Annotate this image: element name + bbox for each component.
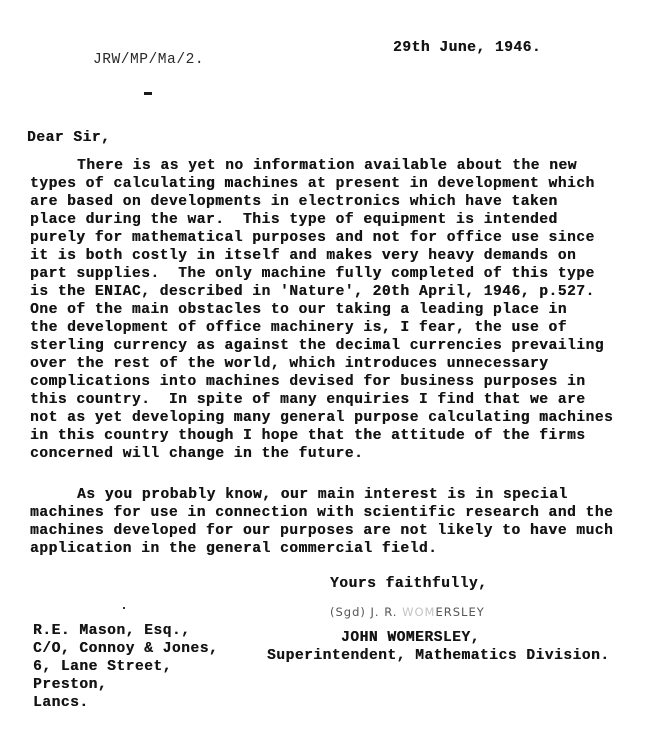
address-line: Preston,	[33, 676, 218, 694]
paragraph-line: purely for mathematical purposes and not…	[30, 229, 613, 247]
paragraph-line: concerned will change in the future.	[30, 445, 613, 463]
letter-date: 29th June, 1946.	[393, 39, 541, 57]
address-line: Lancs.	[33, 694, 218, 712]
paragraph-line: the development of office machinery is, …	[30, 319, 613, 337]
paragraph-line: application in the general commercial fi…	[30, 540, 613, 558]
letter-page: JRW/MP/Ma/2. 29th June, 1946. Dear Sir, …	[0, 0, 650, 744]
body-paragraph-2: As you probably know, our main interest …	[30, 486, 613, 558]
paragraph-line: it is both costly in itself and makes ve…	[30, 247, 613, 265]
recipient-address: R.E. Mason, Esq.,C/O, Connoy & Jones,6, …	[33, 622, 218, 712]
address-line: 6, Lane Street,	[33, 658, 218, 676]
ink-speck	[123, 607, 125, 609]
paragraph-line: sterling currency as against the decimal…	[30, 337, 613, 355]
paragraph-line: not as yet developing many general purpo…	[30, 409, 613, 427]
signature-stamp-suffix: ERSLEY	[435, 605, 484, 619]
paragraph-line: over the rest of the world, which introd…	[30, 355, 613, 373]
signature-stamp-faded: WOM	[402, 605, 435, 619]
paragraph-line: As you probably know, our main interest …	[30, 486, 613, 504]
signer-name: JOHN WOMERSLEY,	[341, 629, 480, 647]
reference-number: JRW/MP/Ma/2.	[93, 51, 204, 69]
paragraph-line: One of the main obstacles to our taking …	[30, 301, 613, 319]
address-line: R.E. Mason, Esq.,	[33, 622, 218, 640]
body-paragraph-1: There is as yet no information available…	[30, 157, 613, 463]
address-line: C/O, Connoy & Jones,	[33, 640, 218, 658]
paragraph-line: is the ENIAC, described in 'Nature', 20t…	[30, 283, 613, 301]
closing: Yours faithfully,	[330, 575, 487, 593]
signature-stamp: (Sgd) J. R. WOMERSLEY	[330, 605, 485, 619]
paragraph-line: place during the war. This type of equip…	[30, 211, 613, 229]
paragraph-line: complications into machines devised for …	[30, 373, 613, 391]
paragraph-line: part supplies. The only machine fully co…	[30, 265, 613, 283]
paragraph-line: There is as yet no information available…	[30, 157, 613, 175]
typed-dash-mark	[144, 92, 152, 95]
paragraph-line: machines for use in connection with scie…	[30, 504, 613, 522]
paragraph-line: are based on developments in electronics…	[30, 193, 613, 211]
signer-title: Superintendent, Mathematics Division.	[267, 647, 610, 665]
signature-stamp-prefix: (Sgd) J. R.	[330, 605, 402, 619]
paragraph-line: in this country though I hope that the a…	[30, 427, 613, 445]
paragraph-line: machines developed for our purposes are …	[30, 522, 613, 540]
paragraph-line: types of calculating machines at present…	[30, 175, 613, 193]
salutation: Dear Sir,	[27, 129, 110, 147]
paragraph-line: this country. In spite of many enquiries…	[30, 391, 613, 409]
